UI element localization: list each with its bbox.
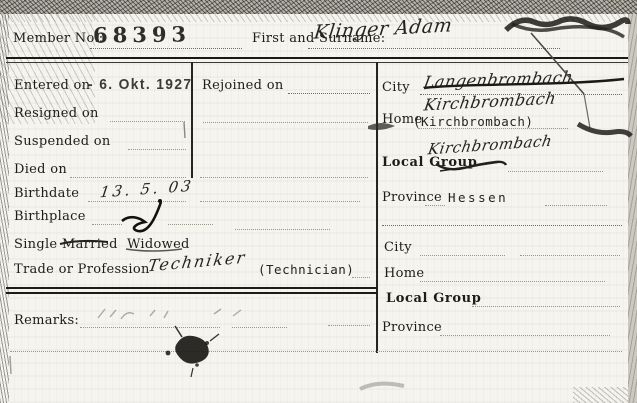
dotted-line bbox=[420, 255, 505, 256]
dotted-line bbox=[545, 205, 607, 206]
dotted-line bbox=[92, 224, 122, 225]
dotted-line bbox=[128, 149, 186, 150]
home1-handwritten: Kirchbrombach bbox=[423, 88, 558, 114]
province1-label: Province bbox=[382, 190, 442, 205]
dotted-line bbox=[235, 229, 330, 230]
dotted-line bbox=[420, 281, 605, 282]
home2-label: Home bbox=[384, 266, 424, 281]
marital-married-label: Married bbox=[62, 237, 118, 252]
entered-date-stamp: - 6. Okt. 1927 bbox=[88, 76, 192, 93]
resigned-on-label: Resigned on bbox=[14, 106, 99, 121]
dotted-separator bbox=[382, 225, 622, 226]
birthdate-label: Birthdate bbox=[14, 186, 79, 201]
birthplace-label: Birthplace bbox=[14, 209, 86, 224]
dotted-line bbox=[352, 277, 370, 278]
dotted-line bbox=[425, 205, 445, 206]
dotted-line bbox=[88, 201, 186, 202]
birthdate-handwritten: 13. 5. 03 bbox=[99, 177, 195, 202]
died-on-label: Died on bbox=[14, 162, 67, 177]
dotted-line bbox=[168, 224, 213, 225]
dotted-line bbox=[328, 325, 370, 326]
entered-on-label: Entered on bbox=[14, 78, 90, 93]
rejoined-on-label: Rejoined on bbox=[202, 78, 284, 93]
scan-noise-bottomright bbox=[573, 387, 628, 403]
membership-card-scan: Member No.: 68393 First and Surname: Kli… bbox=[0, 0, 637, 403]
remarks-label: Remarks: bbox=[14, 313, 79, 328]
marital-single-label: Single bbox=[14, 237, 57, 252]
province1-typed: Hessen bbox=[448, 190, 508, 205]
trade-label: Trade or Profession bbox=[14, 262, 150, 277]
dotted-line bbox=[90, 48, 242, 49]
city2-label: City bbox=[384, 240, 412, 255]
left-section-rule bbox=[6, 287, 377, 294]
scan-edge-left bbox=[0, 14, 9, 403]
scan-edge-top bbox=[0, 0, 637, 14]
dotted-line bbox=[200, 177, 368, 178]
dotted-line bbox=[288, 93, 370, 94]
local-group1-handwritten: Kirchbrombach bbox=[427, 132, 554, 159]
divider-main-columns bbox=[376, 62, 378, 353]
dotted-line bbox=[80, 327, 220, 328]
trade-typed: (Technician) bbox=[258, 262, 354, 277]
header-rule bbox=[6, 57, 628, 63]
left-margin-tick bbox=[10, 356, 11, 374]
dotted-line-bottom bbox=[10, 351, 622, 352]
dotted-line bbox=[203, 122, 368, 123]
member-no-label: Member No.: bbox=[13, 31, 103, 46]
bottom-faint-smudge bbox=[360, 384, 404, 389]
marital-widowed-label: Widowed bbox=[127, 237, 190, 252]
city1-label: City bbox=[382, 80, 410, 95]
dotted-line bbox=[508, 171, 603, 172]
dotted-line bbox=[520, 255, 620, 256]
dotted-line bbox=[308, 48, 560, 49]
home1-typed: (Kirchbrombach) bbox=[413, 114, 533, 129]
dotted-line bbox=[440, 335, 610, 336]
dotted-line bbox=[200, 201, 360, 202]
dotted-line bbox=[110, 121, 185, 122]
stray-tick-mid bbox=[184, 122, 185, 138]
ink-scribble-after-home bbox=[578, 124, 631, 136]
dotted-line bbox=[232, 327, 287, 328]
dotted-line bbox=[472, 306, 620, 307]
member-no-stamp: 68393 bbox=[93, 21, 191, 47]
remarks-faint-pencil-marks bbox=[98, 309, 241, 319]
suspended-on-label: Suspended on bbox=[14, 134, 111, 149]
scan-edge-right bbox=[628, 14, 637, 403]
birthplace-ditto-squiggle bbox=[122, 199, 162, 231]
local-group2-label: Local Group bbox=[386, 291, 481, 306]
province2-label: Province bbox=[382, 320, 442, 335]
dotted-line bbox=[418, 128, 568, 129]
